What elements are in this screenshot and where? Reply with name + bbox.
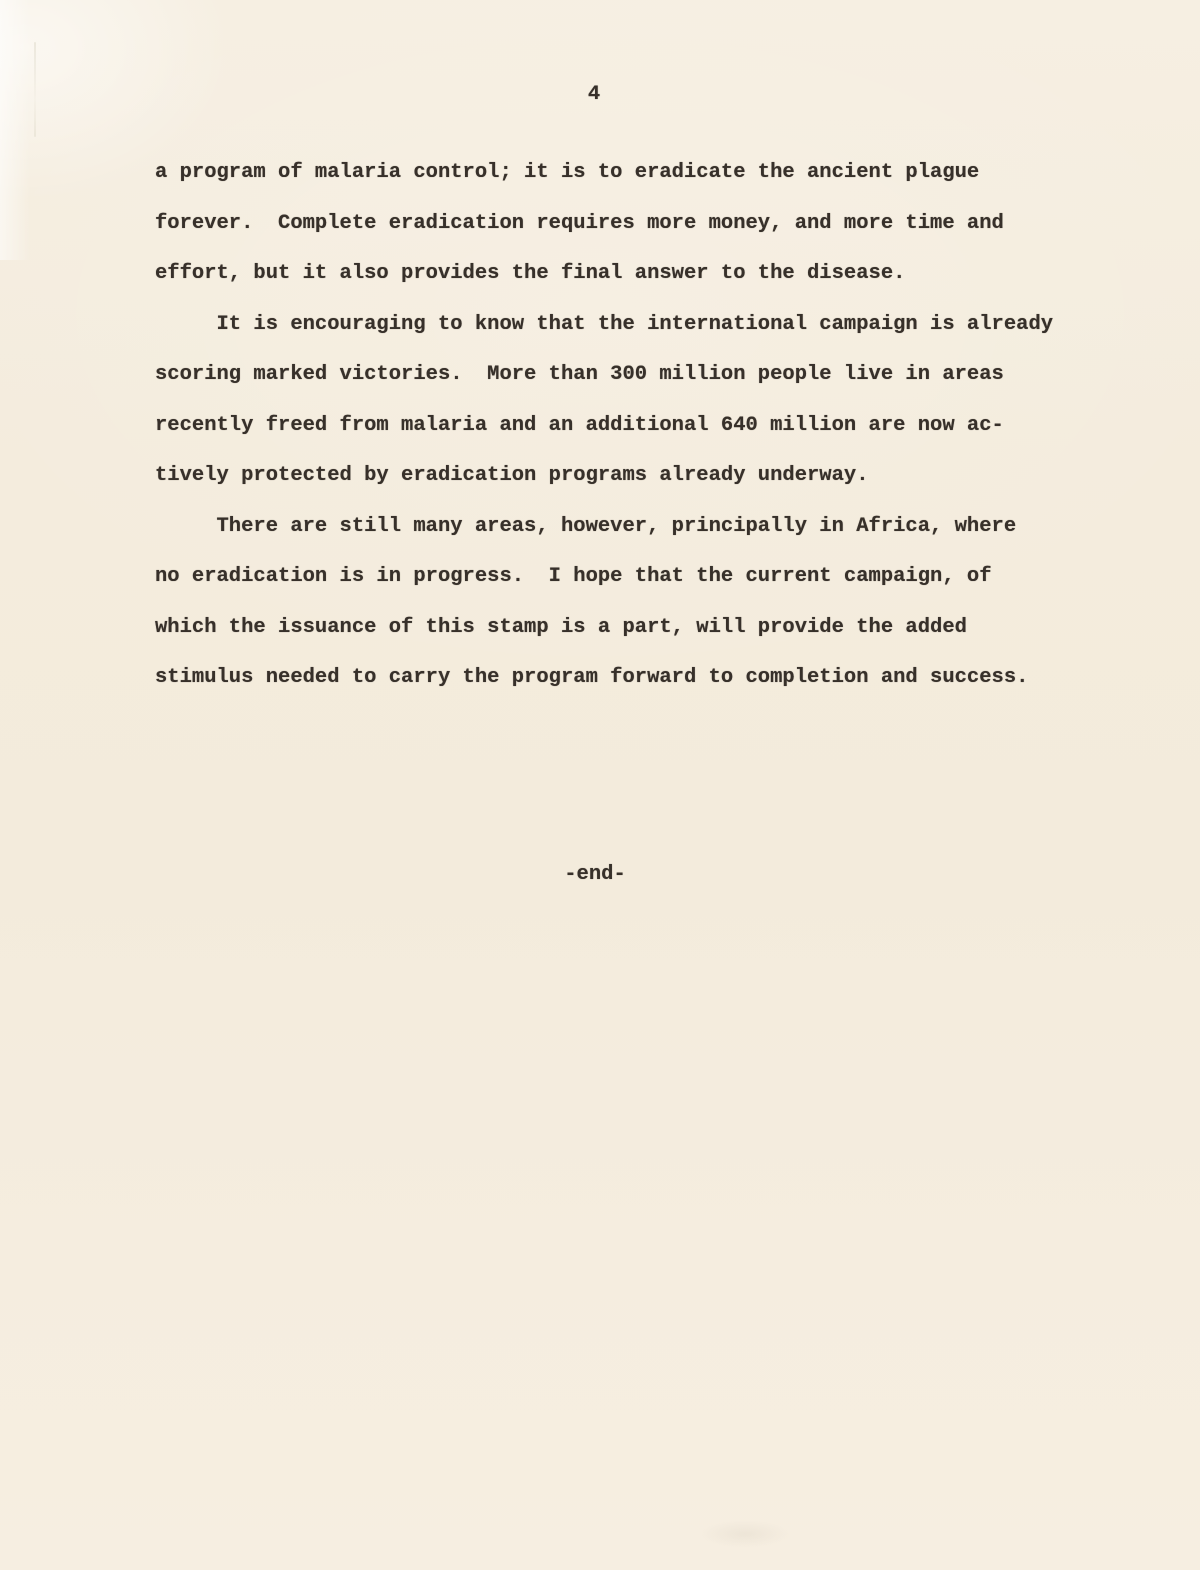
end-marker: -end-: [0, 862, 1190, 888]
text-line: recently freed from malaria and an addit…: [155, 401, 1120, 452]
paper-edge-highlight: [0, 0, 30, 260]
text-line: stimulus needed to carry the program for…: [155, 653, 1120, 704]
document-page: 4 a program of malaria control; it is to…: [0, 0, 1200, 1570]
page-number: 4: [0, 82, 1188, 108]
text-line: It is encouraging to know that the inter…: [155, 300, 1120, 351]
text-line: tively protected by eradication programs…: [155, 451, 1120, 502]
text-line: no eradication is in progress. I hope th…: [155, 552, 1120, 603]
text-line: a program of malaria control; it is to e…: [155, 148, 1120, 199]
text-line: There are still many areas, however, pri…: [155, 502, 1120, 553]
text-line: effort, but it also provides the final a…: [155, 249, 1120, 300]
paper-smudge-artifact: [700, 1520, 790, 1548]
body-text: a program of malaria control; it is to e…: [155, 148, 1120, 704]
text-line: forever. Complete eradication requires m…: [155, 199, 1120, 250]
text-line: which the issuance of this stamp is a pa…: [155, 603, 1120, 654]
text-line: scoring marked victories. More than 300 …: [155, 350, 1120, 401]
